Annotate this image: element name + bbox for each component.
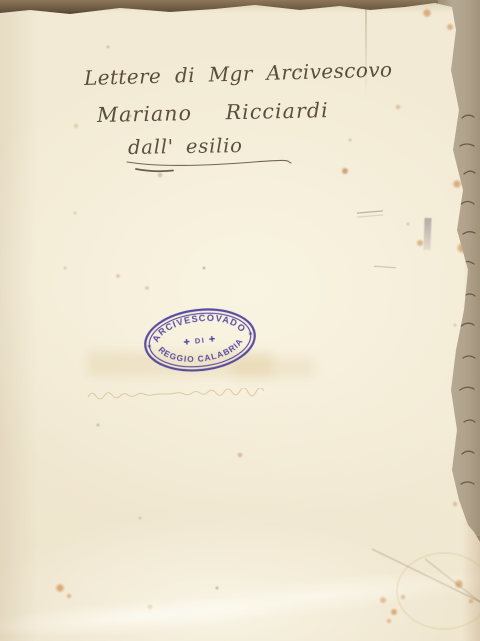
underline-flourish [124, 156, 296, 174]
stamp-star-left-icon: ✶ [146, 342, 153, 351]
stamp-star-right-icon: ✶ [247, 330, 254, 339]
scanned-document-photo: Lettere di Mgr Arcivescovo Mariano Ricci… [0, 0, 480, 641]
handwriting-line-2: Mariano Ricciardi [97, 98, 329, 127]
paper-page: Lettere di Mgr Arcivescovo Mariano Ricci… [0, 0, 480, 641]
archive-stamp: ARCIVESCOVADO REGGIO CALABRIA ✚ DI ✚ ✶ ✶ [120, 286, 279, 394]
bleed-through-zigzag [86, 388, 281, 404]
stamp-middle-text: ✚ DI ✚ [183, 334, 217, 347]
pencil-mark [423, 218, 431, 250]
